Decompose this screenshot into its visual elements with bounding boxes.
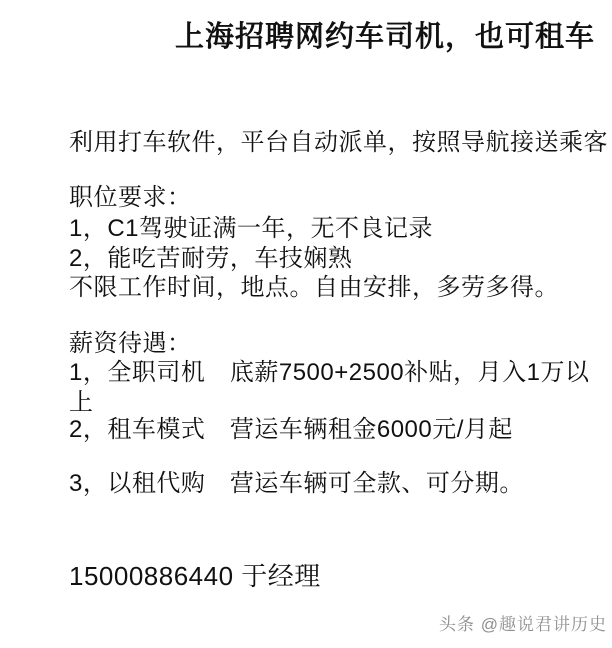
- salary-item: 1，全职司机 底薪7500+2500补贴，月入1万以上: [69, 358, 612, 418]
- contact-phone: 15000886440: [69, 561, 234, 591]
- job-posting-document: 上海招聘网约车司机，也可租车 利用打车软件，平台自动派单，按照导航接送乘客 职位…: [0, 0, 612, 648]
- salary-item: 2，租车模式 营运车辆租金6000元/月起: [69, 415, 513, 445]
- salary-heading: 薪资待遇：: [69, 329, 192, 359]
- intro-text: 利用打车软件，平台自动派单，按照导航接送乘客: [69, 128, 608, 158]
- contact-line: 15000886440 于经理: [69, 560, 321, 592]
- salary-item: 3，以租代购 营运车辆可全款、可分期。: [69, 469, 524, 499]
- requirement-item: 不限工作时间，地点。自由安排，多劳多得。: [69, 273, 559, 303]
- contact-name: 于经理: [241, 561, 321, 591]
- requirement-item: 1，C1驾驶证满一年，无不良记录: [69, 214, 433, 244]
- toutiao-watermark: 头条 @趣说君讲历史: [439, 614, 607, 636]
- requirements-heading: 职位要求：: [69, 183, 192, 213]
- requirement-item: 2，能吃苦耐劳，车技娴熟: [69, 244, 352, 274]
- page-title: 上海招聘网约车司机，也可租车: [175, 20, 595, 54]
